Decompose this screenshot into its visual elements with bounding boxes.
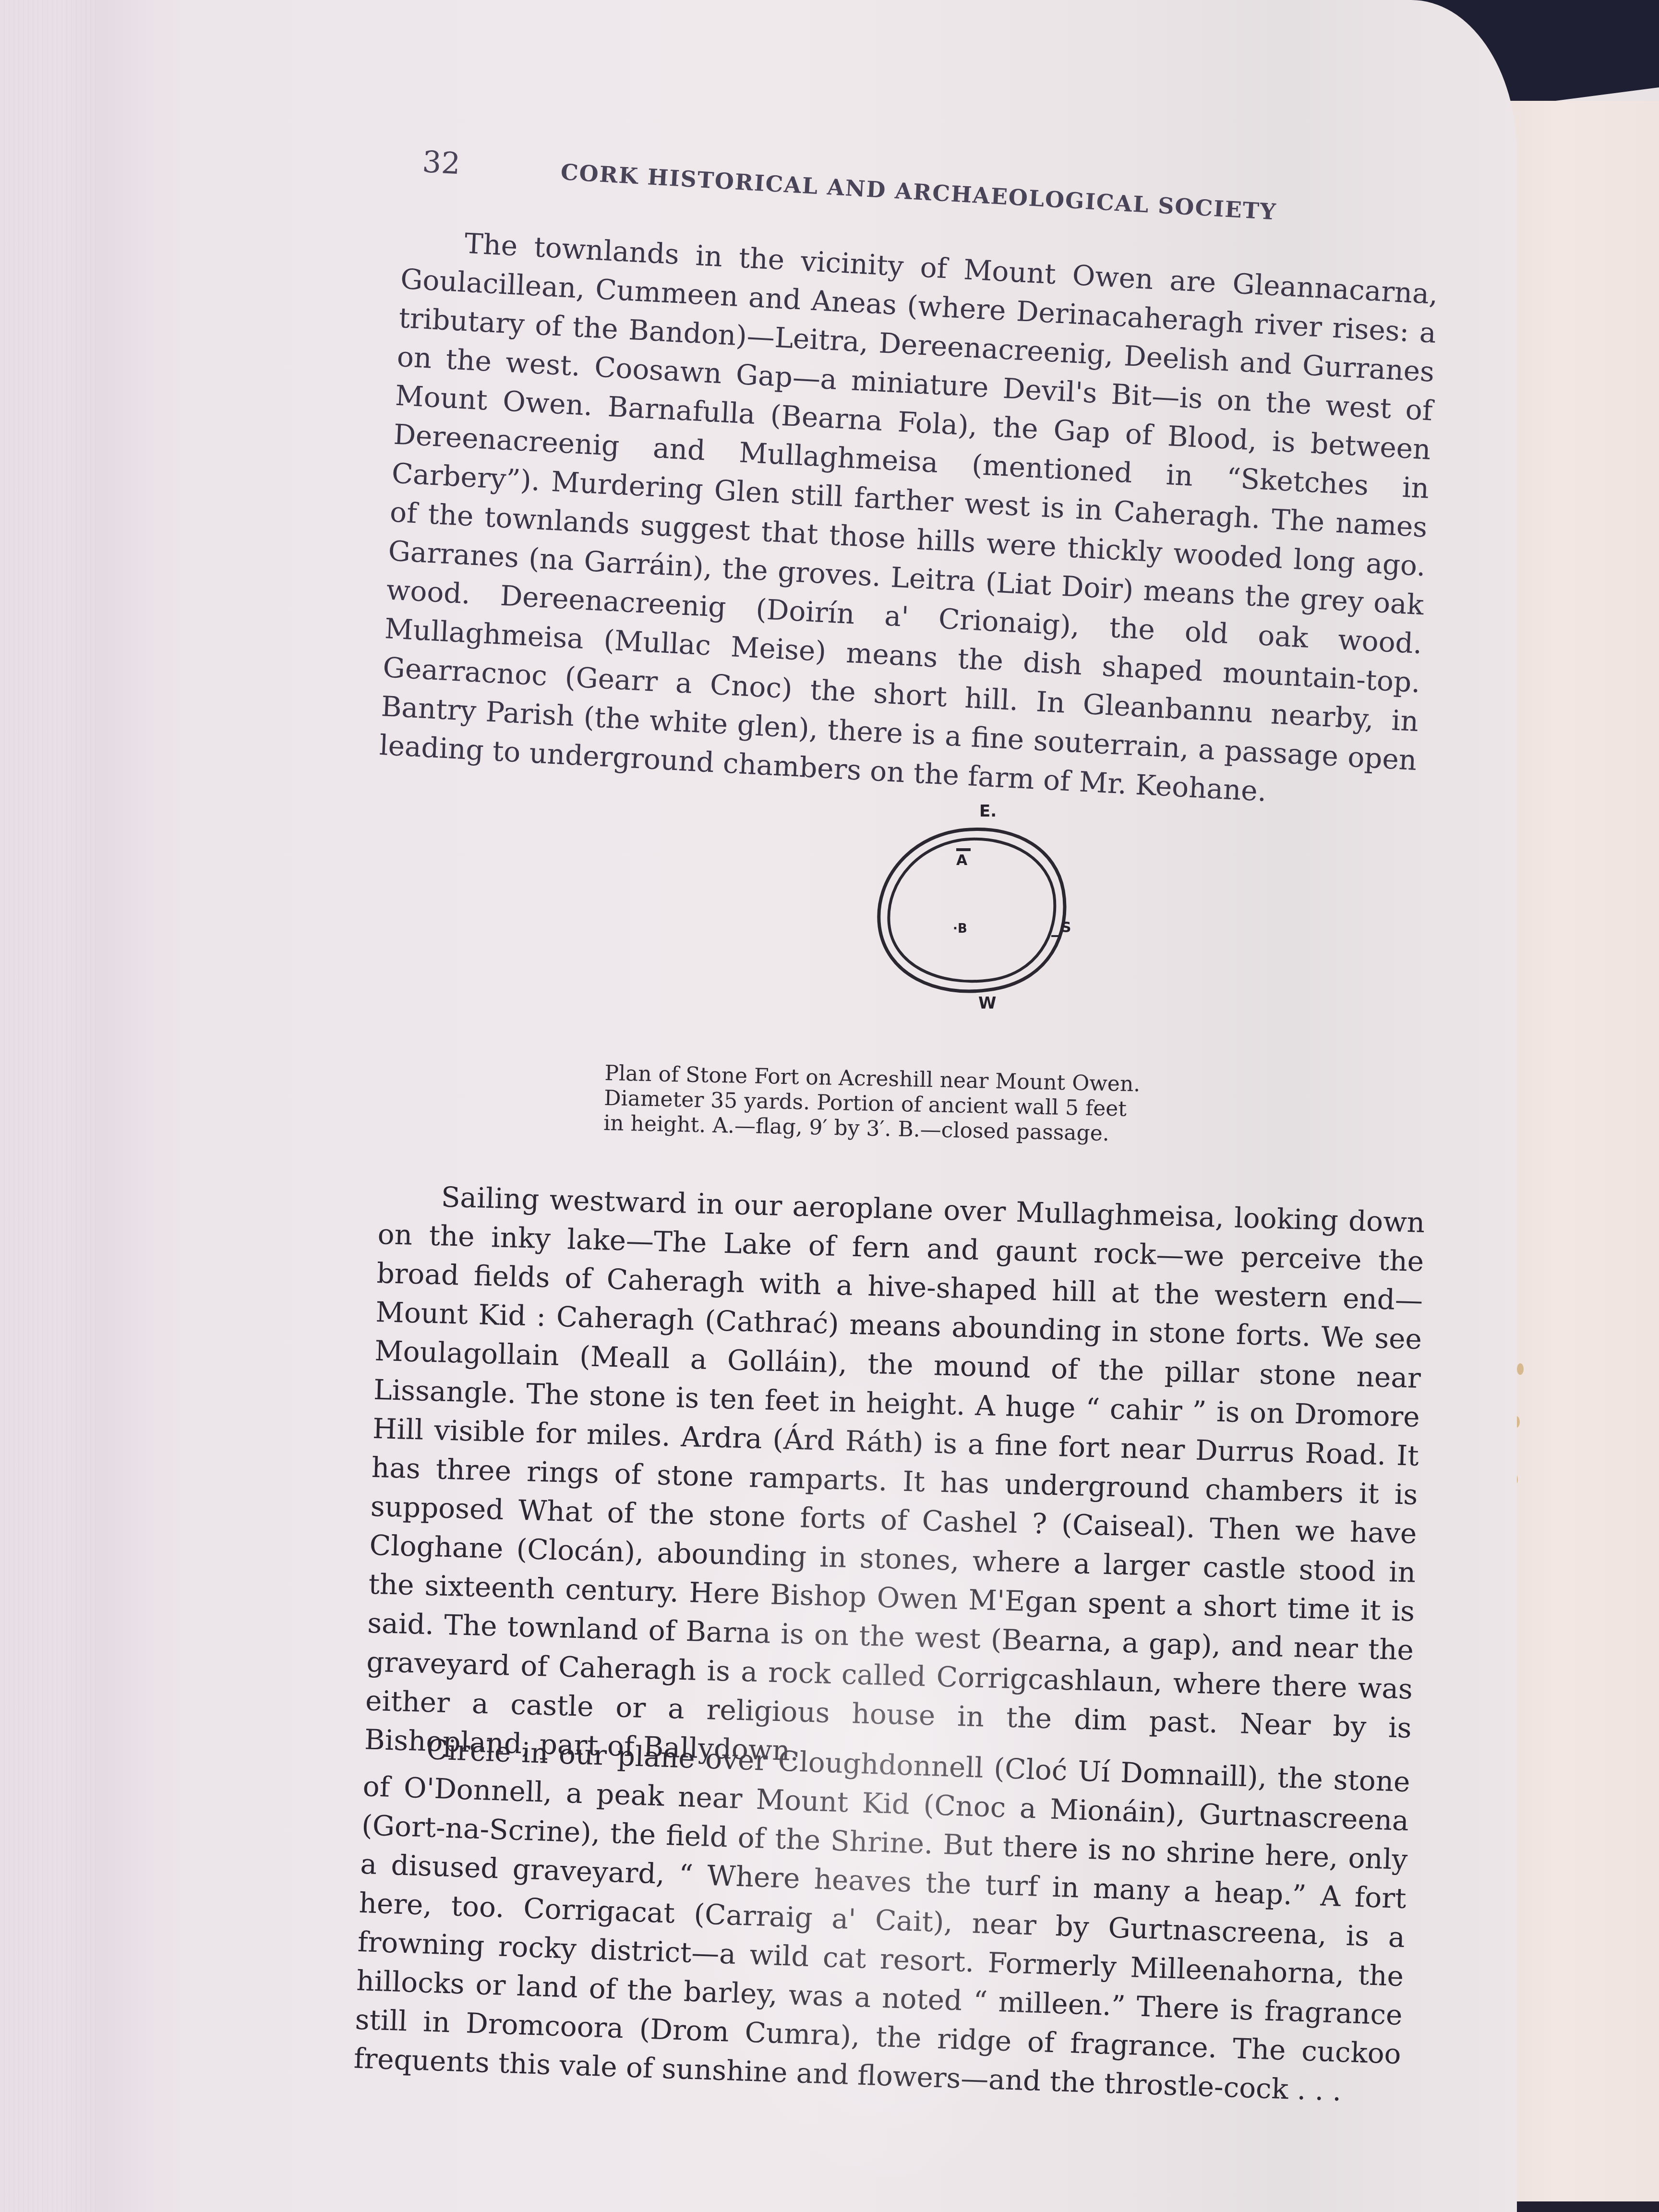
paragraph-text: The townlands in the vicinity of Mount O… [379, 221, 1439, 819]
paragraph-sailing-westward: Sailing westward in our aeroplane over M… [364, 1176, 1425, 1787]
page-number: 32 [421, 144, 461, 181]
fort-outline-diagram [845, 792, 1094, 1018]
paragraph-text: Sailing westward in our aeroplane over M… [364, 1176, 1425, 1787]
compass-east-label: E. [979, 802, 997, 821]
page-stack-edge [0, 0, 96, 2212]
foxing-spot [1517, 1363, 1524, 1375]
journal-title: CORK HISTORICAL AND ARCHAEOLOGICAL SOCIE… [560, 159, 1277, 225]
point-a-label: A [956, 852, 967, 869]
compass-west-label: W [978, 994, 997, 1013]
point-b-label: ·B [953, 922, 967, 936]
stone-fort-plan-figure: E. A ·B S W [845, 792, 1094, 1018]
book-page: 32 CORK HISTORICAL AND ARCHAEOLOGICAL SO… [0, 0, 1517, 2212]
paragraph-text: Circle in our plane over Cloughdonnell (… [353, 1728, 1411, 2113]
figure-caption: Plan of Stone Fort on Acreshill near Mou… [603, 1061, 1277, 1150]
running-head: 32 CORK HISTORICAL AND ARCHAEOLOGICAL SO… [421, 144, 1430, 235]
paragraph-townlands: The townlands in the vicinity of Mount O… [379, 221, 1439, 819]
paragraph-circle-over-cloughdonnell: Circle in our plane over Cloughdonnell (… [353, 1728, 1411, 2113]
compass-south-label: S [1061, 919, 1071, 936]
